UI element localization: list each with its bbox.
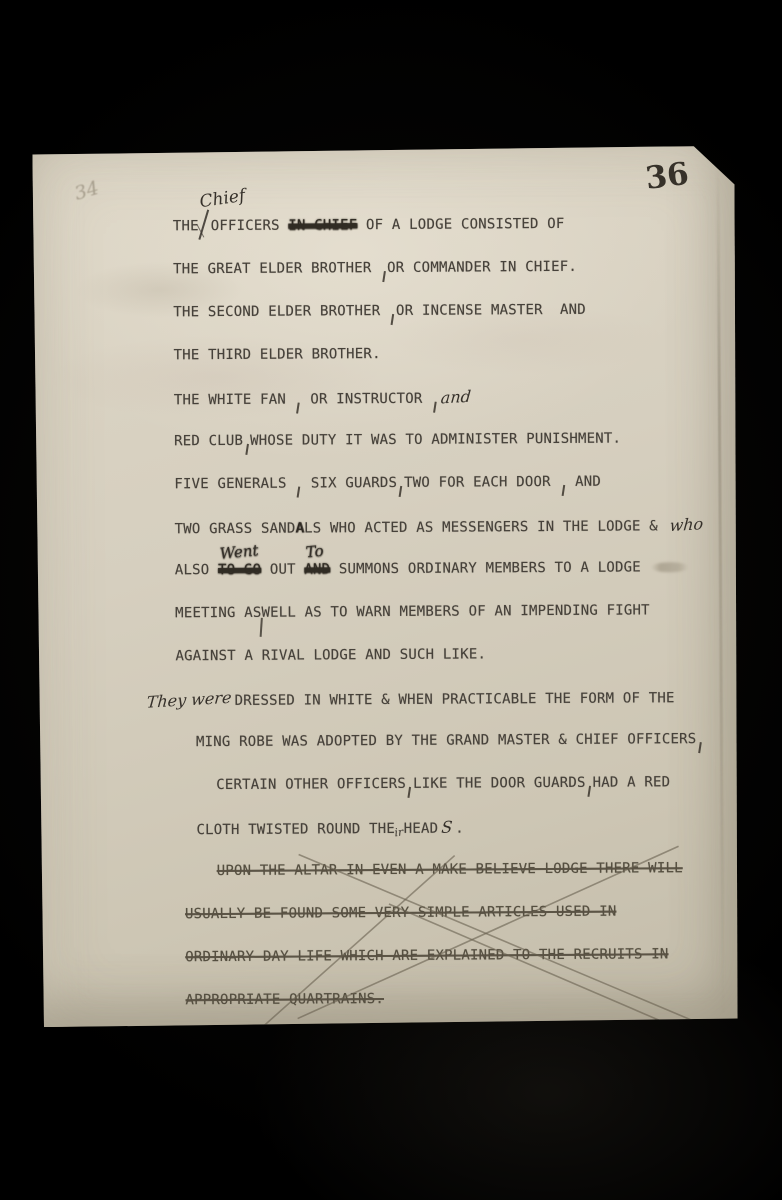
typed-text: FIVE GENERALS <box>174 476 295 493</box>
typed-text: WHOSE DUTY IT WAS TO ADMINISTER PUNISHME… <box>250 431 621 449</box>
typed-text: HAD A RED <box>593 774 671 790</box>
pen-comma-mark <box>389 301 396 315</box>
insertion-caret-mark <box>199 216 208 230</box>
line-04: THE THIRD ELDER BROTHER. <box>173 331 735 377</box>
line-07: FIVE GENERALS SIX GUARDSTWO FOR EACH DOO… <box>174 460 736 506</box>
handwritten-correction: Went <box>219 543 259 562</box>
typed-text: OF A LODGE CONSISTED OF <box>357 216 564 233</box>
handwritten-note: and <box>439 375 473 420</box>
handwritten-insert: Chief <box>199 188 247 211</box>
pen-comma-mark <box>696 729 703 743</box>
faint-pencil-mark <box>651 562 689 572</box>
typed-text: MEETING AS <box>175 605 261 622</box>
line-11: AGAINST A RIVAL LODGE AND SUCH LIKE. <box>175 632 737 678</box>
pen-comma-mark <box>295 390 302 404</box>
typed-text: LS WHO ACTED AS MESSENGERS IN THE LODGE … <box>304 518 666 536</box>
pen-comma-mark <box>243 431 250 445</box>
line-02: THE GREAT ELDER BROTHER OR COMMANDER IN … <box>173 245 735 291</box>
line-09: ALSO TO GOWent OUT ANDTo SUMMONS ORDINAR… <box>175 546 737 592</box>
line-01: THEChiefOFFICERS IN CHIEF OF A LODGE CON… <box>173 202 735 248</box>
line-13: MING ROBE WAS ADOPTED BY THE GRAND MASTE… <box>196 718 738 764</box>
pen-comma-mark <box>406 774 413 788</box>
typed-text: OUT <box>261 561 304 577</box>
line-06: RED CLUBWHOSE DUTY IT WAS TO ADMINISTER … <box>174 417 736 463</box>
typed-text: AGAINST A RIVAL LODGE AND SUCH LIKE. <box>175 646 486 664</box>
typed-text: SUMMONS ORDINARY MEMBERS TO A LODGE <box>330 559 641 577</box>
typed-text: HEAD <box>404 821 439 837</box>
typed-text: OR INSTRUCTOR <box>302 391 432 408</box>
line-10: MEETING ASWELL AS TO WARN MEMBERS OF AN … <box>175 589 737 635</box>
pen-comma-mark <box>431 389 438 403</box>
typed-text: CERTAIN OTHER OFFICERS <box>216 776 406 793</box>
line-03: THE SECOND ELDER BROTHER OR INCENSE MAST… <box>173 288 735 334</box>
typed-text: THE SECOND ELDER BROTHER <box>173 303 389 320</box>
typed-text: RED CLUB <box>174 433 243 449</box>
typed-text: THE THIRD ELDER BROTHER. <box>174 346 381 363</box>
typed-text: LIKE THE DOOR GUARDS <box>413 775 586 792</box>
pen-comma-mark <box>295 474 302 488</box>
typed-text: TWO GRASS SAND <box>175 521 296 538</box>
pencil-page-note: 34 <box>72 177 101 205</box>
line-14: CERTAIN OTHER OFFICERSLIKE THE DOOR GUAR… <box>216 761 738 807</box>
typed-text: THE <box>173 218 199 234</box>
handwritten-note: who <box>668 502 705 547</box>
pen-comma-mark <box>559 472 566 486</box>
typed-text: WELL AS TO WARN MEMBERS OF AN IMPENDING … <box>261 602 649 620</box>
typed-text: OR COMMANDER IN CHIEF. <box>387 259 577 276</box>
pen-comma-mark <box>397 473 404 487</box>
typed-text: CLOTH TWISTED ROUND THE <box>196 821 395 838</box>
typed-text: OFFICERS <box>211 218 289 234</box>
pen-comma-mark <box>380 258 387 272</box>
typed-text: SIX GUARDS <box>302 475 397 492</box>
typed-text: DRESSED IN WHITE & WHEN PRACTICABLE THE … <box>235 690 675 709</box>
line-08: TWO GRASS SANDALS WHO ACTED AS MESSENGER… <box>175 503 737 549</box>
typed-text: OR INCENSE MASTER AND <box>396 302 586 319</box>
handwritten-note: They were <box>145 676 233 724</box>
manuscript-page: 34 36 THEChiefOFFICERS IN CHIEF OF A LOD… <box>32 146 739 1027</box>
typed-text: AND <box>566 474 601 490</box>
typed-text: MING ROBE WAS ADOPTED BY THE GRAND MASTE… <box>196 731 697 750</box>
typed-text: THE GREAT ELDER BROTHER <box>173 260 380 277</box>
typed-text-struck-out: IN CHIEF <box>288 217 357 233</box>
typed-text: ALSO <box>175 562 218 578</box>
typed-text-struck-out: ANDTo <box>304 561 330 577</box>
handwritten-correction: To <box>306 543 325 560</box>
pen-comma-mark <box>586 773 593 787</box>
typed-text: THE WHITE FAN <box>174 392 295 409</box>
line-12: They wereDRESSED IN WHITE & WHEN PRACTIC… <box>144 675 738 722</box>
page-number: 36 <box>643 156 690 197</box>
typed-text: TWO FOR EACH DOOR <box>404 474 559 491</box>
line-05: THE WHITE FAN OR INSTRUCTOR and <box>174 374 736 420</box>
handwritten-insert-anchor: Chief <box>208 216 211 230</box>
typed-text-struck-out: TO GOWent <box>218 562 261 578</box>
typed-text: . <box>455 821 464 837</box>
